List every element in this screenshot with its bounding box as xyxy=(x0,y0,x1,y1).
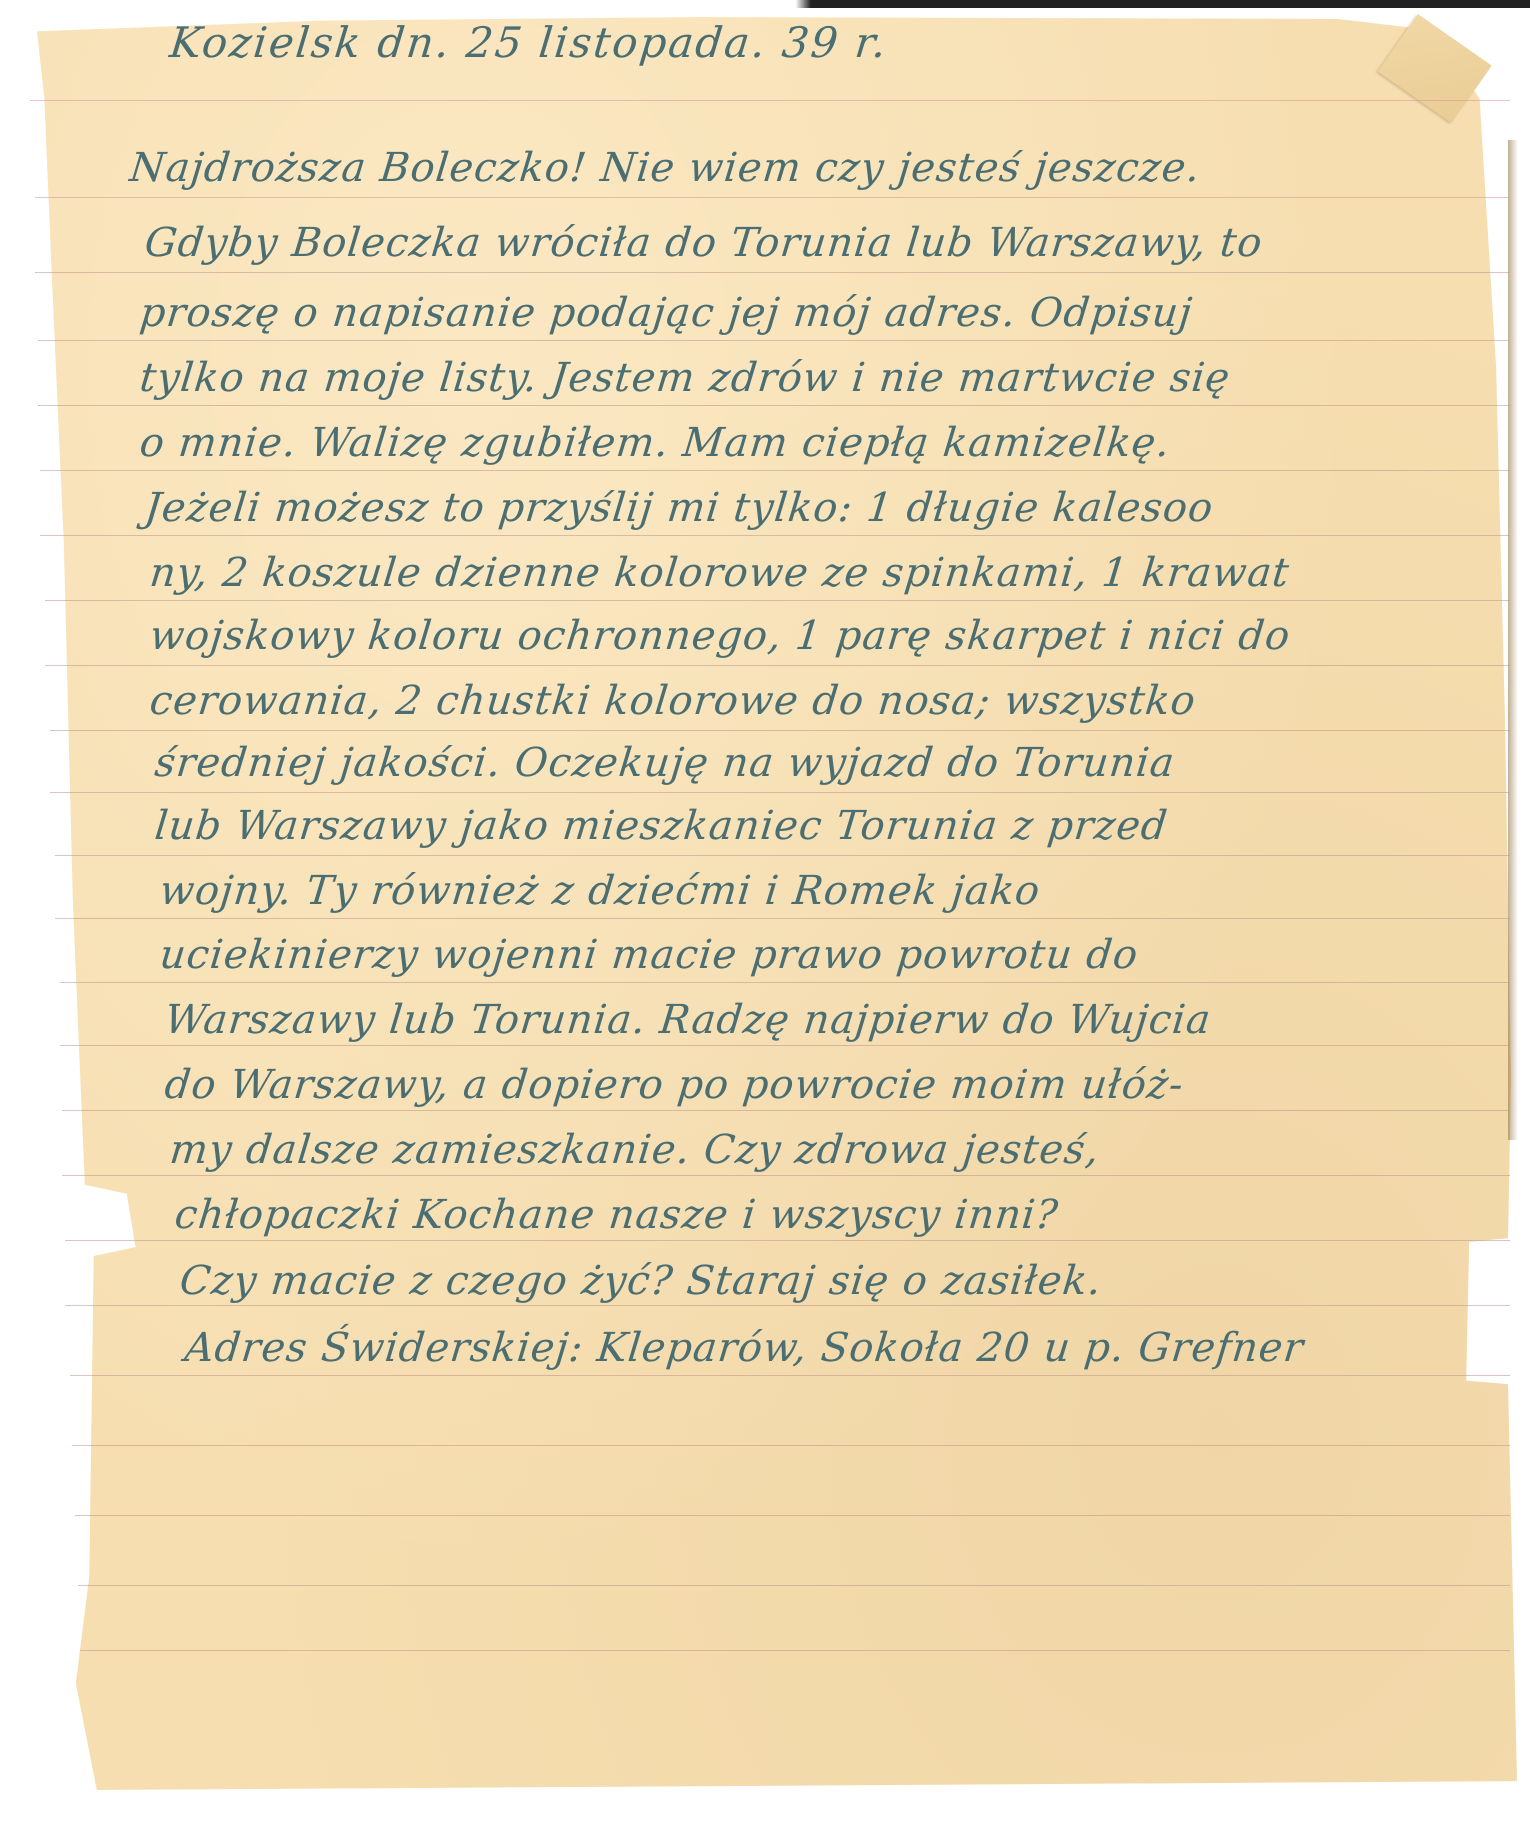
ruled-line xyxy=(38,405,1510,406)
ruled-line xyxy=(30,100,1510,101)
letter-line: my dalsze zamieszkanie. Czy zdrowa jeste… xyxy=(168,1127,1102,1173)
ruled-line xyxy=(65,1305,1510,1306)
ruled-line xyxy=(78,1585,1510,1586)
ruled-line xyxy=(70,1375,1510,1376)
letter-line: Adres Świderskiej: Kleparów, Sokoła 20 u… xyxy=(183,1325,1307,1371)
ruled-line xyxy=(38,340,1510,341)
letter-header-date: Kozielsk dn. 25 listopada. 39 r. xyxy=(167,18,890,67)
letter-line: lub Warszawy jako mieszkaniec Torunia z … xyxy=(153,803,1171,849)
ruled-line xyxy=(80,1650,1510,1651)
letter-line: cerowania, 2 chustki kolorowe do nosa; w… xyxy=(148,678,1199,724)
ruled-line xyxy=(65,1240,1510,1241)
ruled-line xyxy=(55,855,1510,856)
letter-line: uciekinierzy wojenni macie prawo powrotu… xyxy=(158,932,1141,978)
ruled-line xyxy=(60,982,1510,983)
letter-line: Gdyby Boleczka wróciła do Torunia lub Wa… xyxy=(143,220,1265,266)
ruled-line xyxy=(40,470,1510,471)
letter-line: Czy macie z czego żyć? Staraj się o zasi… xyxy=(178,1258,1105,1304)
ruled-line xyxy=(50,792,1510,793)
letter-line: Najdroższa Boleczko! Nie wiem czy jesteś… xyxy=(128,145,1203,191)
letter-line: Warszawy lub Torunia. Radzę najpierw do … xyxy=(163,997,1214,1043)
ruled-line xyxy=(35,197,1510,198)
ruled-line xyxy=(75,1515,1510,1516)
letter-line: średniej jakości. Oczekuję na wyjazd do … xyxy=(153,740,1178,786)
letter-line: chłopaczki Kochane nasze i wszyscy inni? xyxy=(173,1192,1061,1238)
paper-edge-shadow xyxy=(1508,140,1518,1140)
letter-line: do Warszawy, a dopiero po powrocie moim … xyxy=(163,1062,1186,1108)
letter-line: Jeżeli możesz to przyślij mi tylko: 1 dł… xyxy=(143,485,1216,531)
letter-line: wojskowy koloru ochronnego, 1 parę skarp… xyxy=(148,613,1293,659)
ruled-line xyxy=(50,730,1510,731)
letter-line: ny, 2 koszule dzienne kolorowe ze spinka… xyxy=(148,550,1292,596)
ruled-line xyxy=(62,1110,1510,1111)
ruled-line xyxy=(45,665,1510,666)
ruled-line xyxy=(55,918,1510,919)
letter-line: wojny. Ty również z dziećmi i Romek jako xyxy=(158,868,1043,914)
ruled-line xyxy=(72,1445,1510,1446)
ruled-line xyxy=(62,1175,1510,1176)
letter-line: proszę o napisanie podając jej mój adres… xyxy=(138,290,1195,336)
letter-line: tylko na moje listy. Jestem zdrów i nie … xyxy=(138,355,1233,401)
letter-line: o mnie. Walizę zgubiłem. Mam ciepłą kami… xyxy=(138,420,1173,466)
ruled-line xyxy=(45,600,1510,601)
ruled-line xyxy=(60,1045,1510,1046)
ruled-line xyxy=(40,535,1510,536)
scan-top-edge xyxy=(0,0,1530,8)
ruled-line xyxy=(35,272,1510,273)
